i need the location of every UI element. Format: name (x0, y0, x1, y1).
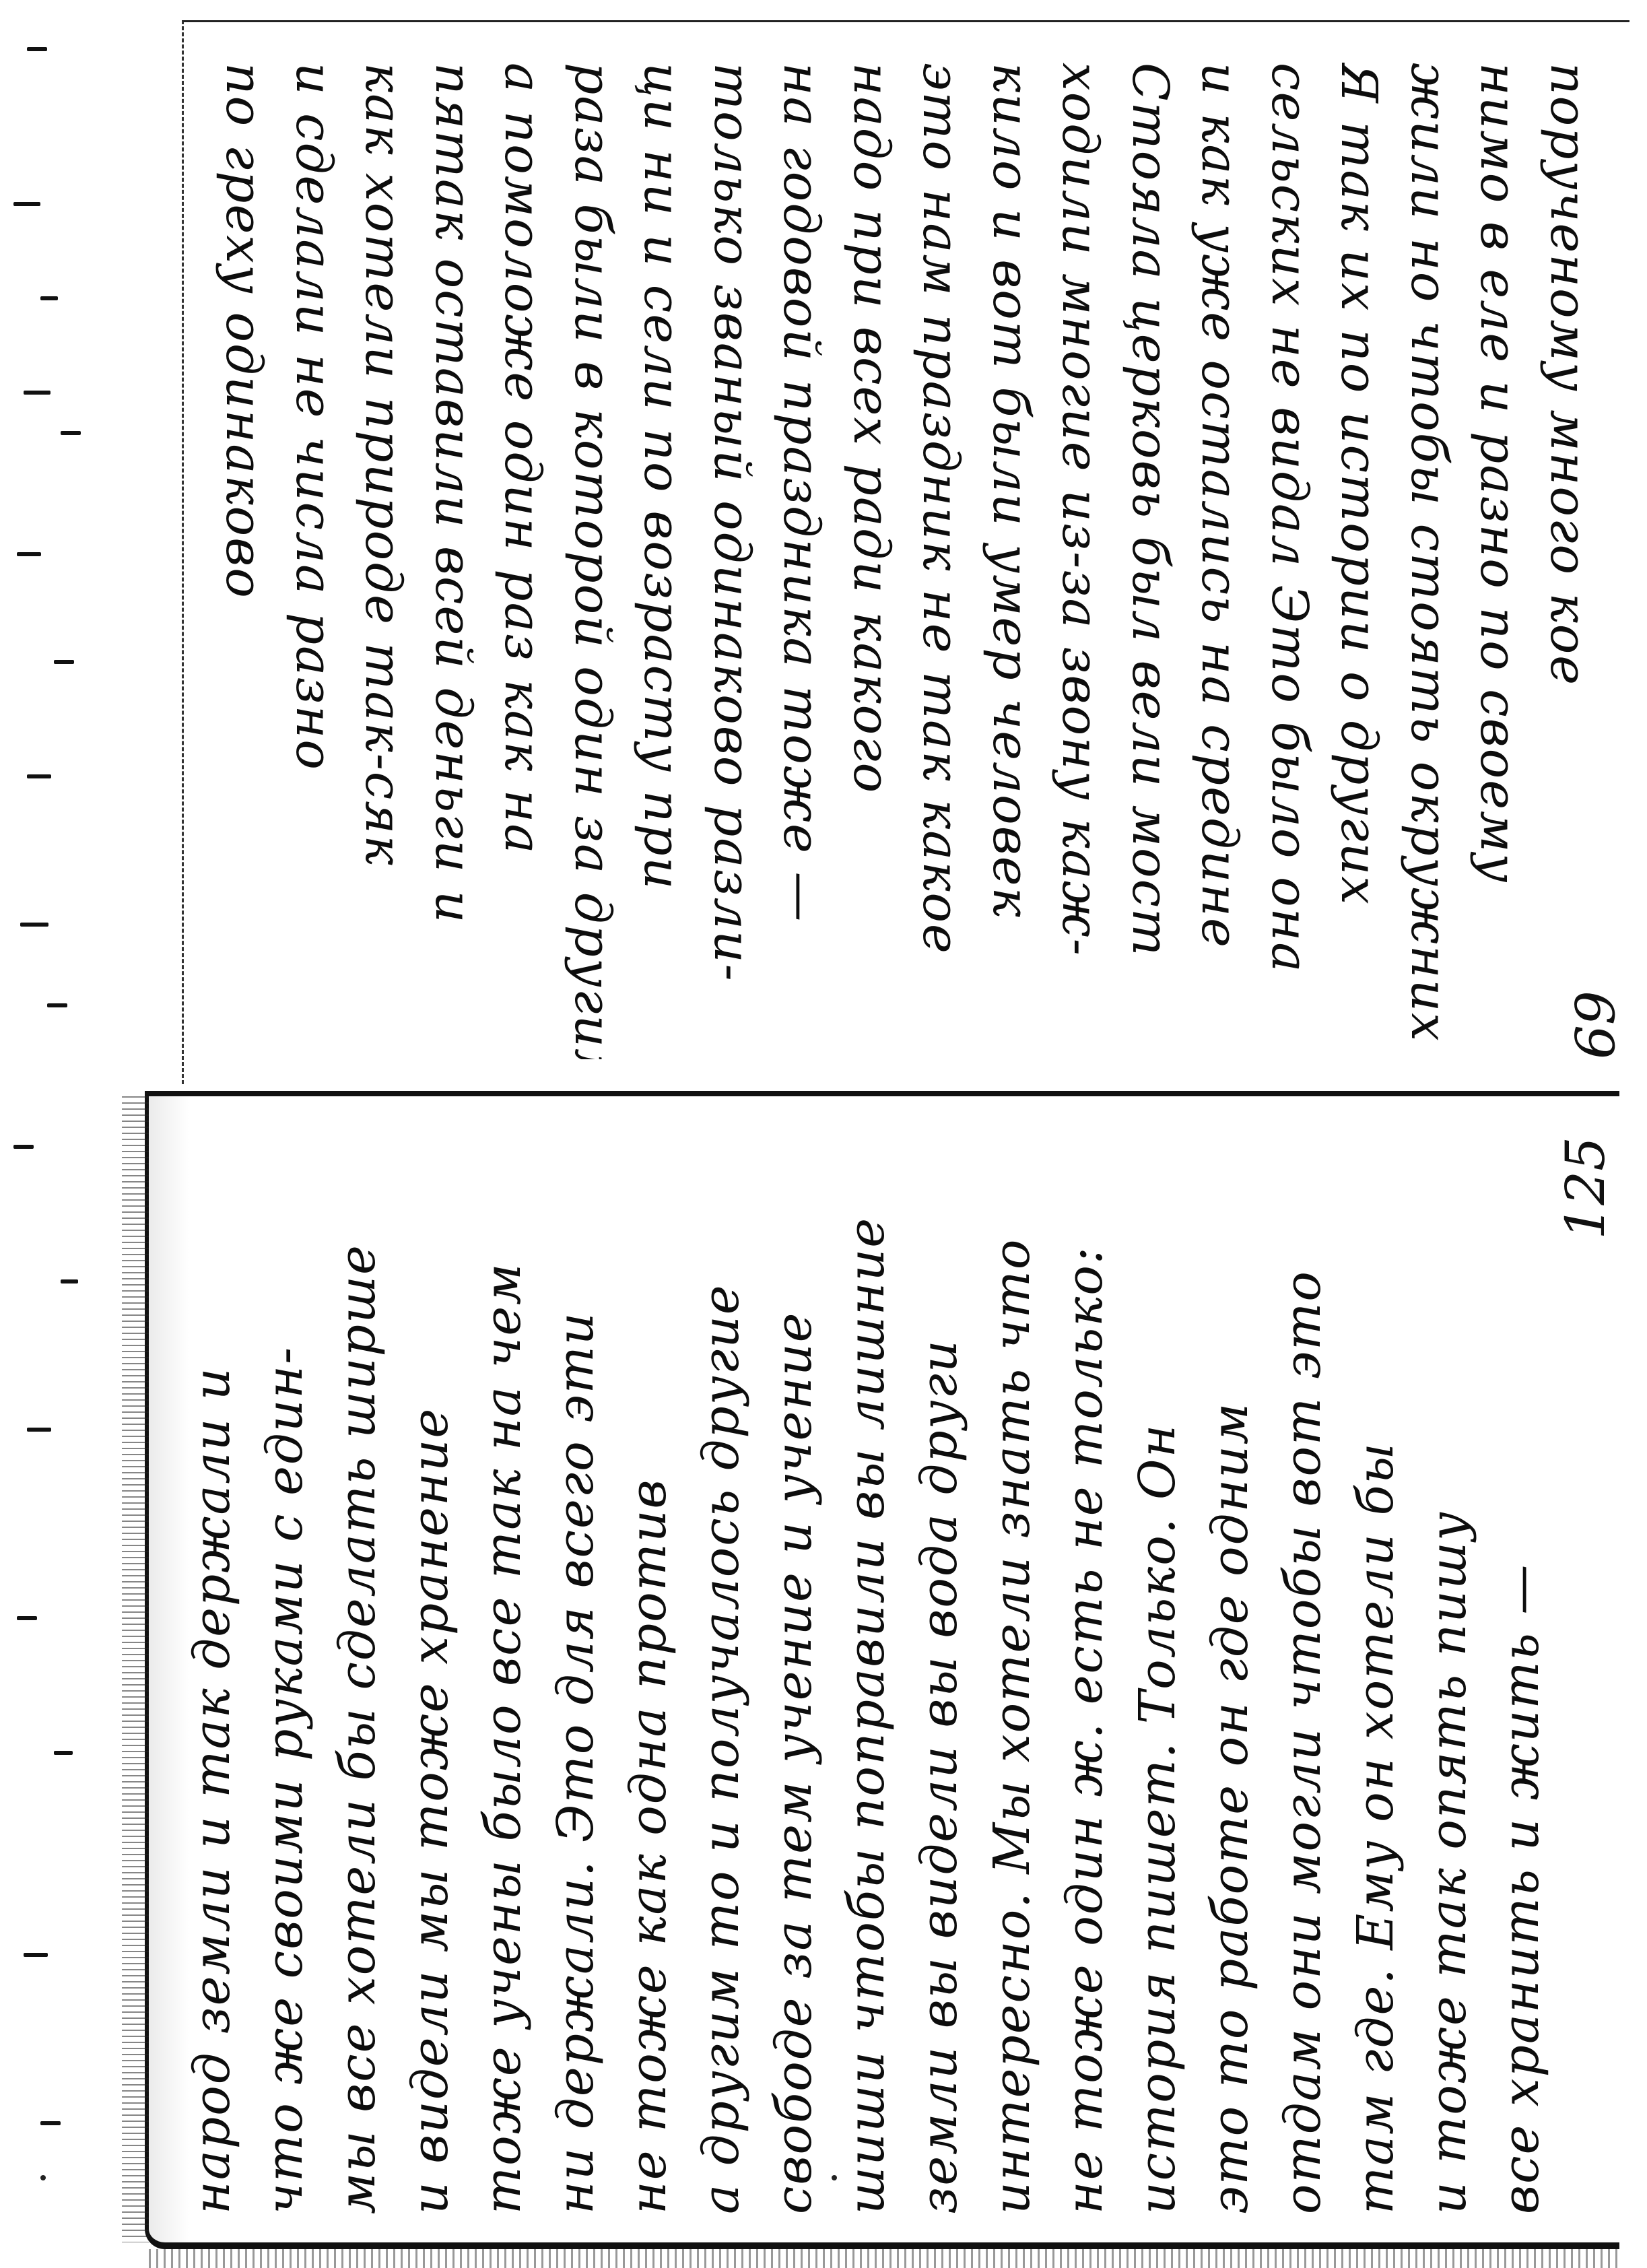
handwritten-line: Стояла церковь был вели мост (1117, 63, 1187, 1059)
handwritten-line: только званый одинаково разли- (699, 63, 769, 1059)
handwritten-line: ни держали. Это для всего эти (539, 1123, 612, 2214)
handwritten-line: история пишет. Только. Он (1121, 1123, 1194, 2214)
handwritten-line: интересно. Мы хотели знать что (976, 1123, 1048, 2214)
handwritten-line: раза были в которой один за другим (560, 63, 630, 1059)
handwritten-line: на годовой праздника тоже — (768, 63, 838, 1059)
handwritten-line: земли вы видели вы вода други (903, 1123, 976, 2214)
handwritten-line: нимо в еле и разно по своему (1465, 63, 1535, 1059)
handwritten-line: это то работе он где одним (1194, 1123, 1267, 2214)
page-125-handwritten-lines: народ земли и так держали и что же своим… (176, 1123, 1596, 2214)
handwritten-line: свободе за тем учение и учение (758, 1123, 830, 2214)
handwritten-line: пятак оставили всей деньги и (420, 63, 490, 1059)
page-number: 69 (1562, 991, 1625, 1059)
handwritten-line: надо при всех ради какого (838, 63, 908, 1059)
handwritten-line: по греху одинаково (211, 63, 281, 1059)
handwritten-line: сельских не видал Это было она (1256, 63, 1326, 1059)
scanned-notebook-spread: порученому много кое нимо в еле и разно … (0, 0, 1647, 2268)
handwritten-line: там где. Ему он хотели бы (1339, 1123, 1412, 2214)
handwritten-line: и видели мы тоже хранение (394, 1123, 467, 2214)
handwritten-line: мы все хотели бы сделать ширше (321, 1123, 394, 2214)
handwritten-line: все хранить и жить — (1485, 1123, 1557, 2214)
handwritten-line: порученому много кое (1535, 63, 1605, 1059)
handwritten-line: жили но чтобы стоять окружних (1396, 63, 1466, 1059)
handwritten-line: Я так их по истории о других (1326, 63, 1396, 1059)
handwritten-line: что же своими руками с един- (248, 1123, 321, 2214)
handwritten-line: тоже учены было все так на чем (467, 1123, 539, 2214)
handwritten-line: ходили многие из-за звону каж- (1047, 63, 1117, 1059)
handwritten-line: кило и вот были умер человек (978, 63, 1048, 1059)
notebook-page-69: порученому много кое нимо в еле и разно … (182, 20, 1629, 1084)
handwritten-line: а помоложе один раз как на (490, 63, 560, 1059)
handwritten-line: народ земли и так держали и (176, 1123, 248, 2214)
handwritten-line: и тоже так опять пишу (1412, 1123, 1485, 2214)
handwritten-line: не тоже один ж. есть не только: (1048, 1123, 1121, 2214)
handwritten-line: отдам они могли чтобы вот это (1267, 1123, 1339, 2214)
handwritten-line: и сделали не числа разно (281, 63, 351, 1059)
handwritten-line: и как уже остались на средине (1186, 63, 1256, 1059)
handwritten-line: как хотели природе так-сяк (350, 63, 420, 1059)
handwritten-line: а другим то и получалось другие (685, 1123, 758, 2214)
scan-speck (832, 2175, 837, 2180)
handwritten-line: шиши чтобы поправили вы лишние (830, 1123, 903, 2214)
notebook-page-125: народ земли и так держали и что же своим… (145, 1091, 1619, 2249)
page-number: 125 (1554, 1137, 1617, 1240)
handwritten-line: не тоже как одна против (612, 1123, 685, 2214)
handwritten-line: это нам праздник не так какое (908, 63, 978, 1059)
handwritten-line: ци ни и сели по возрасту при (629, 63, 699, 1059)
page-69-handwritten-lines: порученому много кое нимо в еле и разно … (211, 63, 1605, 1059)
scan-speck (40, 2175, 46, 2180)
